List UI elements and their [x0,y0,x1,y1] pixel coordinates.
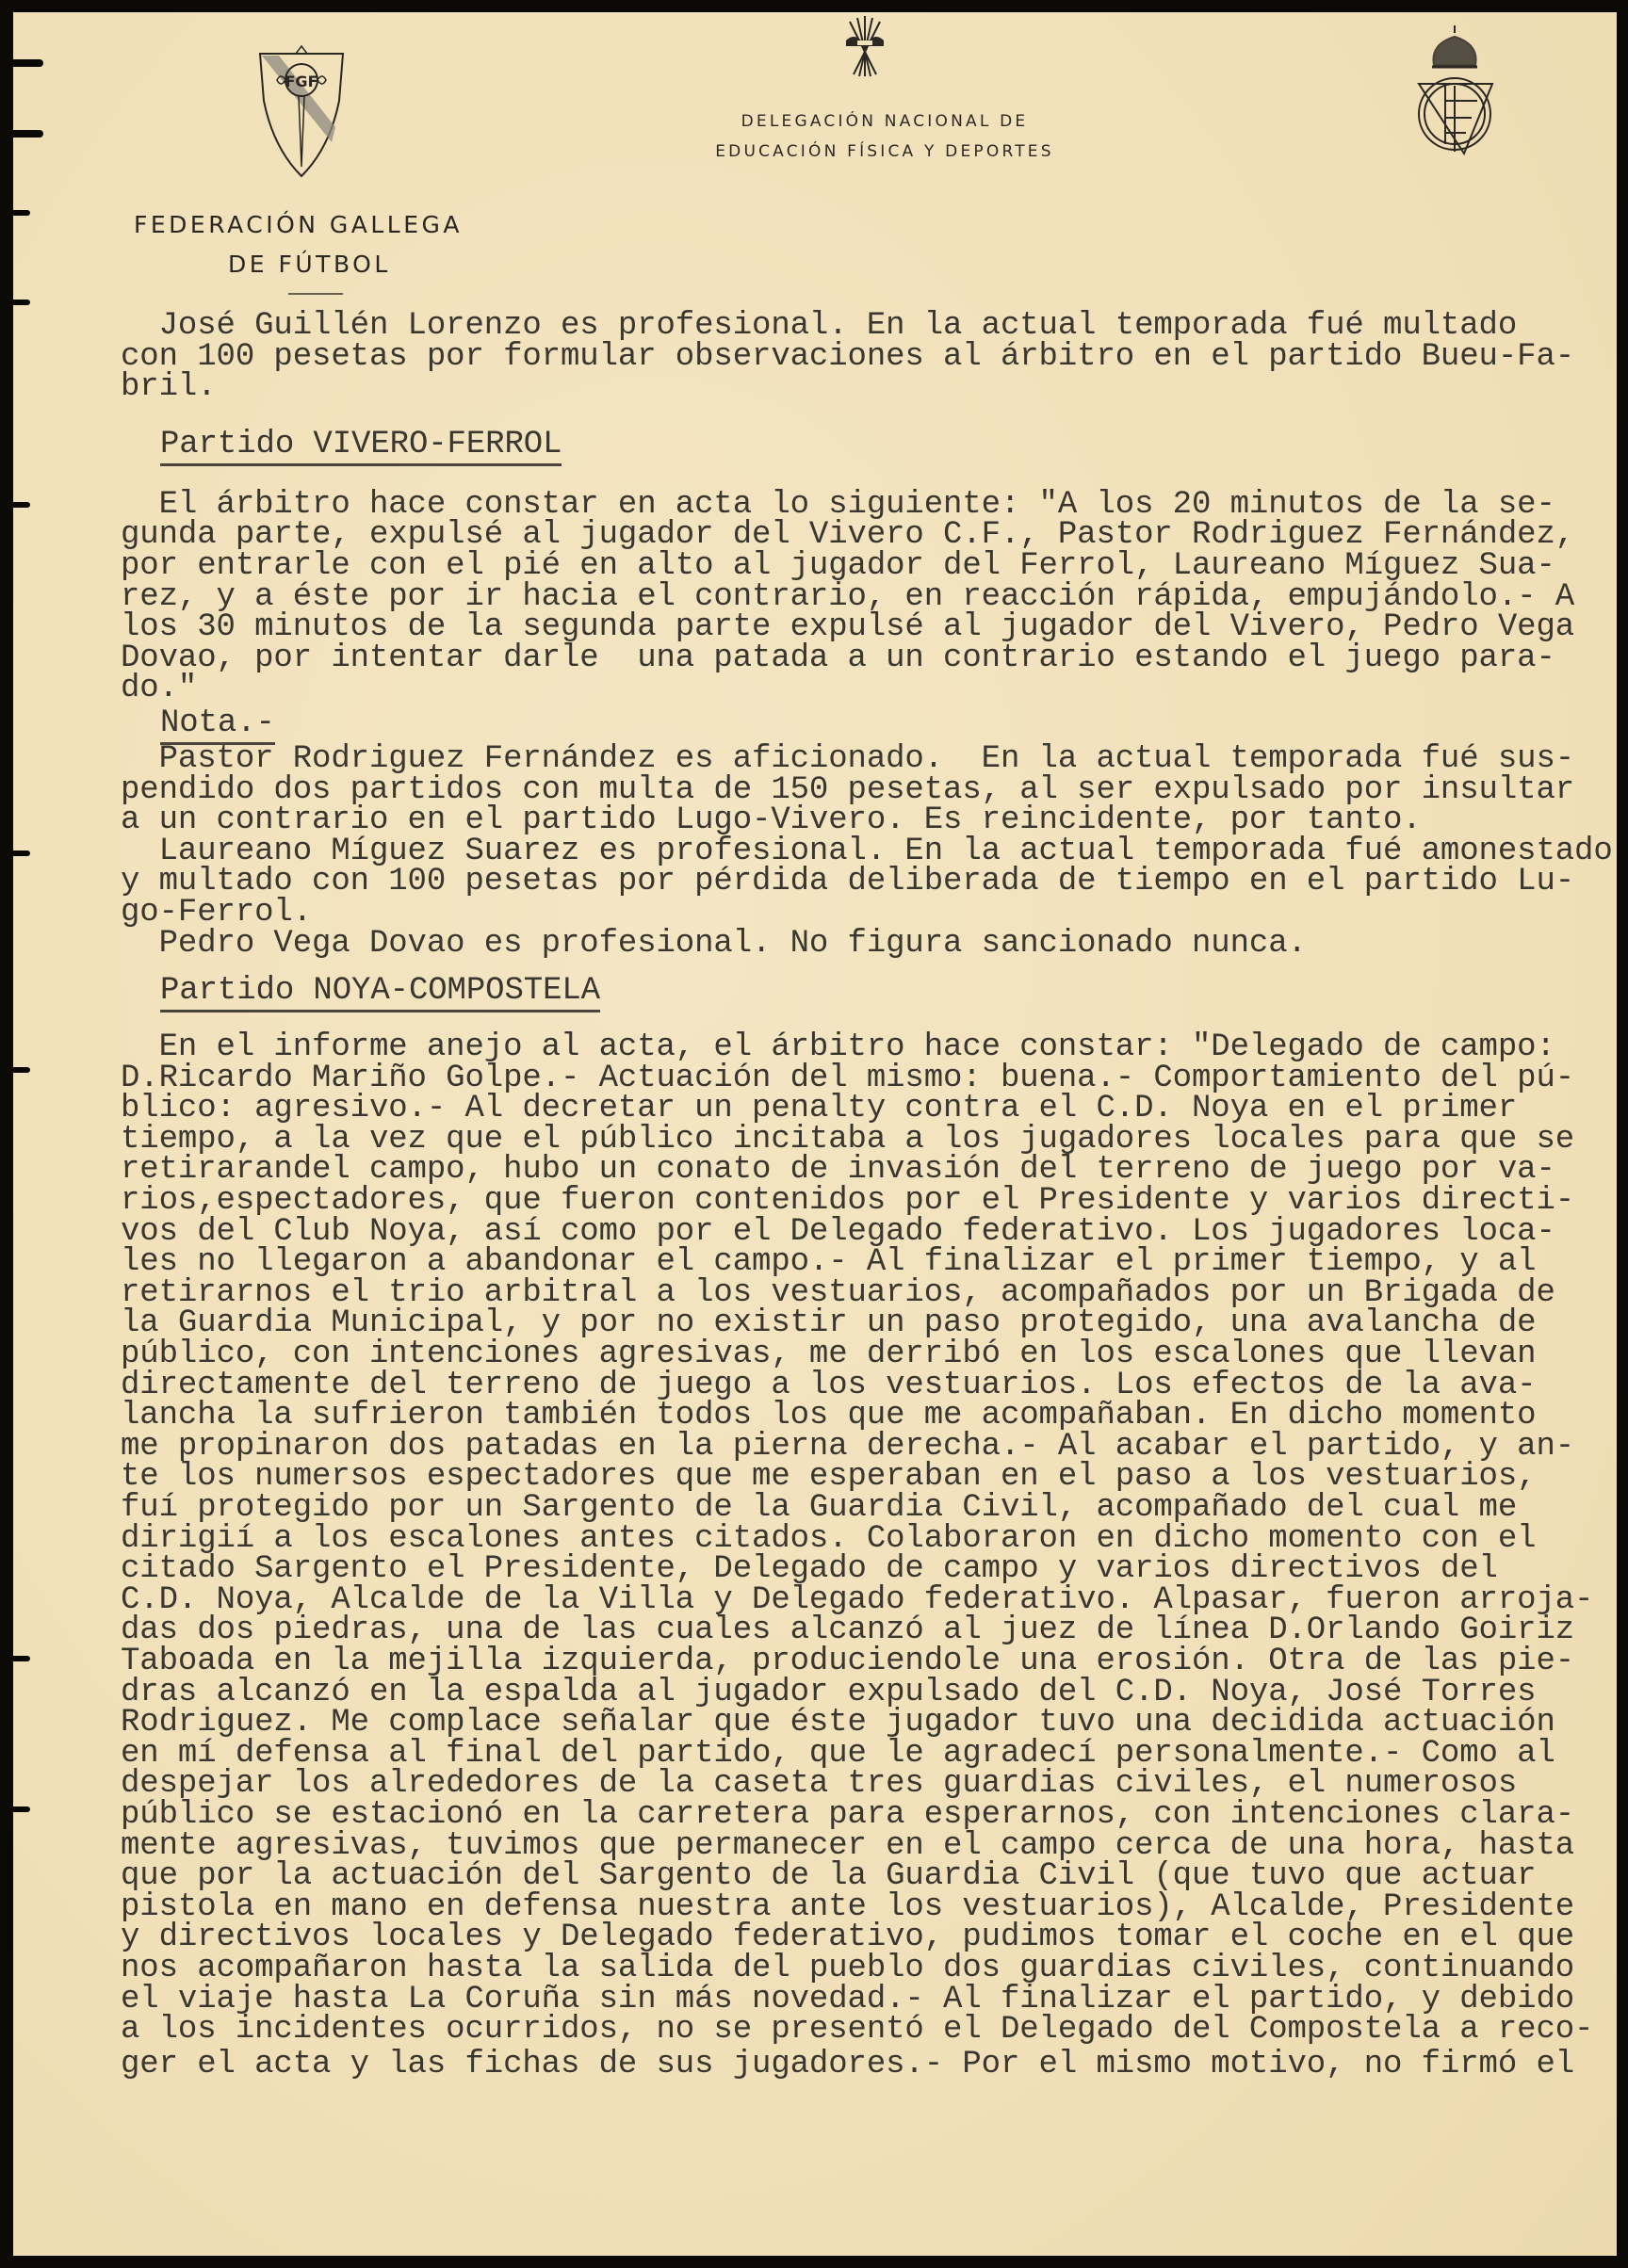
federation-title-line-2: DE FÚTBOL [134,245,511,284]
text-line: Laureano Míguez Suarez es profesional. E… [121,836,1628,867]
text-line: dirigií a los escalones antes citados. C… [121,1524,1628,1555]
binder-hole [11,210,30,216]
text-line: D.Ricardo Mariño Golpe.- Actuación del m… [121,1063,1628,1094]
text-line: a un contrario en el partido Lugo-Vivero… [121,805,1628,836]
section-heading-nota: Nota.- [121,708,1628,744]
text-line: despejar los alrededores de la caseta tr… [121,1769,1628,1800]
text-line: directamente del terreno de juego a los … [121,1370,1628,1401]
text-line: El árbitro hace constar en acta lo sigui… [121,490,1628,521]
text-line: C.D. Noya, Alcalde de la Villa y Delegad… [121,1585,1628,1616]
text-line: rez, y a éste por ir hacia el contrario,… [121,582,1628,613]
text-line: y directivos locales y Delegado federati… [121,1922,1628,1953]
text-line: por entrarle con el pié en alto al jugad… [121,551,1628,582]
federation-title: FEDERACIÓN GALLEGA DE FÚTBOL [134,205,511,284]
text-line: la Guardia Municipal, y por no existir u… [121,1308,1628,1339]
text-line: go-Ferrol. [121,898,1628,929]
text-line: los 30 minutos de la segunda parte expul… [121,612,1628,643]
title-divider [288,293,343,295]
heading-text: Partido NOYA-COMPOSTELA [160,973,600,1012]
text-line: público, con intenciones agresivas, me d… [121,1339,1628,1370]
text-line: me propinaron dos patadas en la pierna d… [121,1432,1628,1463]
federation-title-line-1: FEDERACIÓN GALLEGA [134,205,511,245]
binder-hole [11,59,43,67]
text-line: bril. [121,372,1628,403]
text-line: vos del Club Noya, así como por el Deleg… [121,1217,1628,1248]
text-line: En el informe anejo al acta, el árbitro … [121,1032,1628,1063]
text-line: do." [121,673,1628,705]
binder-hole [11,300,30,305]
yoke-and-arrows-icon [838,12,891,85]
text-line: retirarnos el trio arbitral a los vestua… [121,1278,1628,1309]
text-line: pistola en mano en defensa nuestra ante … [121,1892,1628,1923]
svg-text:FGF: FGF [285,73,318,90]
text-line: te los numersos espectadores que me espe… [121,1462,1628,1493]
document-body: José Guillén Lorenzo es profesional. En … [121,311,1628,2080]
text-line: Taboada en la mejilla izquierda, produci… [121,1646,1628,1677]
heading-text: Partido VIVERO-FERROL [160,427,562,466]
text-line: blico: agresivo.- Al decretar un penalty… [121,1093,1628,1125]
binder-hole [11,1806,30,1812]
text-line: con 100 pesetas por formular observacion… [121,342,1628,373]
text-line: gunda parte, expulsé al jugador del Vive… [121,520,1628,551]
text-line: Rodriguez. Me complace señalar que éste … [121,1708,1628,1739]
text-line: y multado con 100 pesetas por pérdida de… [121,867,1628,898]
text-line: das dos piedras, una de las cuales alcan… [121,1615,1628,1646]
text-line: en mí defensa al final del partido, que … [121,1739,1628,1770]
binder-hole [11,130,43,138]
delegation-line-1: DELEGACIÓN NACIONAL DE [673,106,1097,137]
text-line: les no llegaron a abandonar el campo.- A… [121,1247,1628,1278]
galician-football-federation-shield-icon: FGF [256,44,347,183]
section-heading-vivero-ferrol: Partido VIVERO-FERROL [121,429,1628,465]
delegation-line-2: EDUCACIÓN FÍSICA Y DEPORTES [673,137,1097,167]
text-line: ger el acta y las fichas de sus jugadore… [121,2049,1628,2081]
text-line: público se estacionó en la carretera par… [121,1800,1628,1831]
text-line: a los incidentes ocurridos, no se presen… [121,2015,1628,2046]
text-line: José Guillén Lorenzo es profesional. En … [121,311,1628,342]
delegation-header: DELEGACIÓN NACIONAL DE EDUCACIÓN FÍSICA … [673,106,1097,167]
text-line: citado Sargento el Presidente, Delegado … [121,1554,1628,1585]
text-line: Pedro Vega Dovao es profesional. No figu… [121,929,1628,960]
binder-hole [11,1067,30,1073]
text-line: nos acompañaron hasta la salida del pueb… [121,1953,1628,1984]
text-line: tiempo, a la vez que el público incitaba… [121,1125,1628,1156]
text-line: mente agresivas, tuvimos que permanecer … [121,1831,1628,1862]
text-line: lancha la sufrieron también todos los qu… [121,1401,1628,1432]
text-line: Pastor Rodriguez Fernández es aficionado… [121,744,1628,775]
text-line: fuí protegido por un Sargento de la Guar… [121,1493,1628,1524]
heading-text: Nota.- [160,705,275,745]
binder-hole [11,850,30,856]
spanish-football-federation-crest-icon [1409,24,1500,170]
text-line: rios,espectadores, que fueron contenidos… [121,1186,1628,1217]
text-line: pendido dos partidos con multa de 150 pe… [121,775,1628,806]
text-line: Dovao, por intentar darle una patada a u… [121,643,1628,674]
text-line: que por la actuación del Sargento de la … [121,1861,1628,1892]
binder-hole [11,502,30,508]
section-heading-noya-compostela: Partido NOYA-COMPOSTELA [121,976,1628,1012]
text-line: el viaje hasta La Coruña sin más novedad… [121,1984,1628,2016]
binder-hole [11,1656,30,1661]
text-line: dras alcanzó en la espalda al jugador ex… [121,1677,1628,1709]
text-line: retirarandel campo, hubo un conato de in… [121,1155,1628,1186]
